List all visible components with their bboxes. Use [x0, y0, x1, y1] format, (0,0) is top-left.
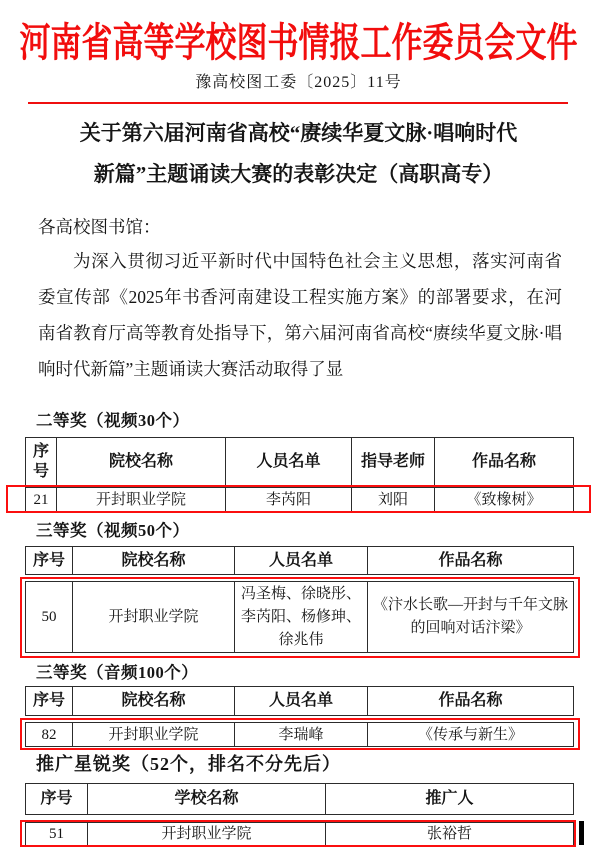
cell-serial-number: 21: [26, 488, 57, 512]
header-cell-serial: 序号: [26, 784, 88, 815]
cell-serial-number: 82: [26, 723, 73, 747]
header-cell-serial: 序号: [26, 547, 73, 575]
body-paragraph: 为深入贯彻习近平新时代中国特色社会主义思想，落实河南省委宣传部《2025年书香河…: [38, 243, 562, 387]
doc-number: 豫高校图工委〔2025〕11号: [0, 69, 597, 92]
header-cell-work: 作品名称: [368, 547, 574, 575]
cell-work-title: 《致橡树》: [435, 488, 574, 512]
red-divider-line: [28, 102, 568, 104]
cell-school-name: 开封职业学院: [73, 723, 235, 747]
salutation-text: 各高校图书馆：: [38, 214, 161, 239]
document-title: 关于第六届河南省高校“赓续华夏文脉·唱响时代 新篇”主题诵读大赛的表彰决定（高职…: [0, 113, 597, 195]
document-title-line1: 关于第六届河南省高校“赓续华夏文脉·唱响时代: [0, 113, 597, 154]
document-page: 河南省高等学校图书情报工作委员会文件 豫高校图工委〔2025〕11号 关于第六届…: [0, 0, 597, 849]
cell-school-name: 开封职业学院: [73, 582, 235, 653]
header-cell-school: 院校名称: [73, 687, 235, 716]
header-cell-promoter: 推广人: [326, 784, 574, 815]
header-cell-school: 院校名称: [73, 547, 235, 575]
second-prize-table-header: 序号 院校名称 人员名单 指导老师 作品名称: [25, 437, 574, 486]
cell-work-title: 《汴水长歌—开封与千年文脉的回响对话汴梁》: [368, 582, 574, 653]
table-row: 21 开封职业学院 李芮阳 刘阳 《致橡树》: [26, 488, 574, 512]
table-row: 82 开封职业学院 李瑞峰 《传承与新生》: [26, 723, 574, 747]
cell-member-list: 冯圣梅、徐晓彤、李芮阳、杨修珅、徐兆伟: [235, 582, 368, 653]
header-cell-serial: 序号: [26, 687, 73, 716]
cell-promoter: 张裕哲: [326, 823, 574, 846]
cell-member-list: 李瑞峰: [235, 723, 368, 747]
cell-school-name: 开封职业学院: [57, 488, 226, 512]
header-cell-school: 院校名称: [57, 438, 226, 486]
masthead-title: 河南省高等学校图书情报工作委员会文件: [0, 10, 597, 68]
header-cell-advisor: 指导老师: [352, 438, 435, 486]
cell-school-name: 开封职业学院: [88, 823, 326, 846]
third-prize-video-table-row: 50 开封职业学院 冯圣梅、徐晓彤、李芮阳、杨修珅、徐兆伟 《汴水长歌—开封与千…: [25, 581, 574, 653]
cell-serial-number: 50: [26, 582, 73, 653]
table-row: 50 开封职业学院 冯圣梅、徐晓彤、李芮阳、杨修珅、徐兆伟 《汴水长歌—开封与千…: [26, 582, 574, 653]
cell-member-list: 李芮阳: [226, 488, 352, 512]
cursor-mark: [579, 821, 584, 845]
header-cell-serial: 序号: [26, 438, 57, 486]
cell-work-title: 《传承与新生》: [368, 723, 574, 747]
header-cell-members: 人员名单: [235, 547, 368, 575]
table-row: 51 开封职业学院 张裕哲: [26, 823, 574, 846]
third-prize-audio-table-header: 序号 院校名称 人员名单 作品名称: [25, 686, 574, 716]
third-prize-video-table-header: 序号 院校名称 人员名单 作品名称: [25, 546, 574, 575]
header-cell-work: 作品名称: [435, 438, 574, 486]
promotion-star-table-header: 序号 学校名称 推广人: [25, 783, 574, 815]
section-label-third-prize-video: 三等奖（视频50个）: [36, 517, 190, 541]
cell-advisor: 刘阳: [352, 488, 435, 512]
section-label-third-prize-audio: 三等奖（音频100个）: [36, 659, 198, 683]
header-cell-members: 人员名单: [226, 438, 352, 486]
section-label-promotion-star: 推广星锐奖（52个，排名不分先后）: [36, 750, 341, 776]
section-label-second-prize-video: 二等奖（视频30个）: [36, 407, 190, 431]
cell-serial-number: 51: [26, 823, 88, 846]
header-cell-school: 学校名称: [88, 784, 326, 815]
header-cell-members: 人员名单: [235, 687, 368, 716]
second-prize-table-row: 21 开封职业学院 李芮阳 刘阳 《致橡树》: [25, 487, 574, 512]
third-prize-audio-table-row: 82 开封职业学院 李瑞峰 《传承与新生》: [25, 722, 574, 747]
promotion-star-table-row: 51 开封职业学院 张裕哲: [25, 822, 574, 846]
document-title-line2: 新篇”主题诵读大赛的表彰决定（高职高专）: [0, 154, 597, 195]
header-cell-work: 作品名称: [368, 687, 574, 716]
